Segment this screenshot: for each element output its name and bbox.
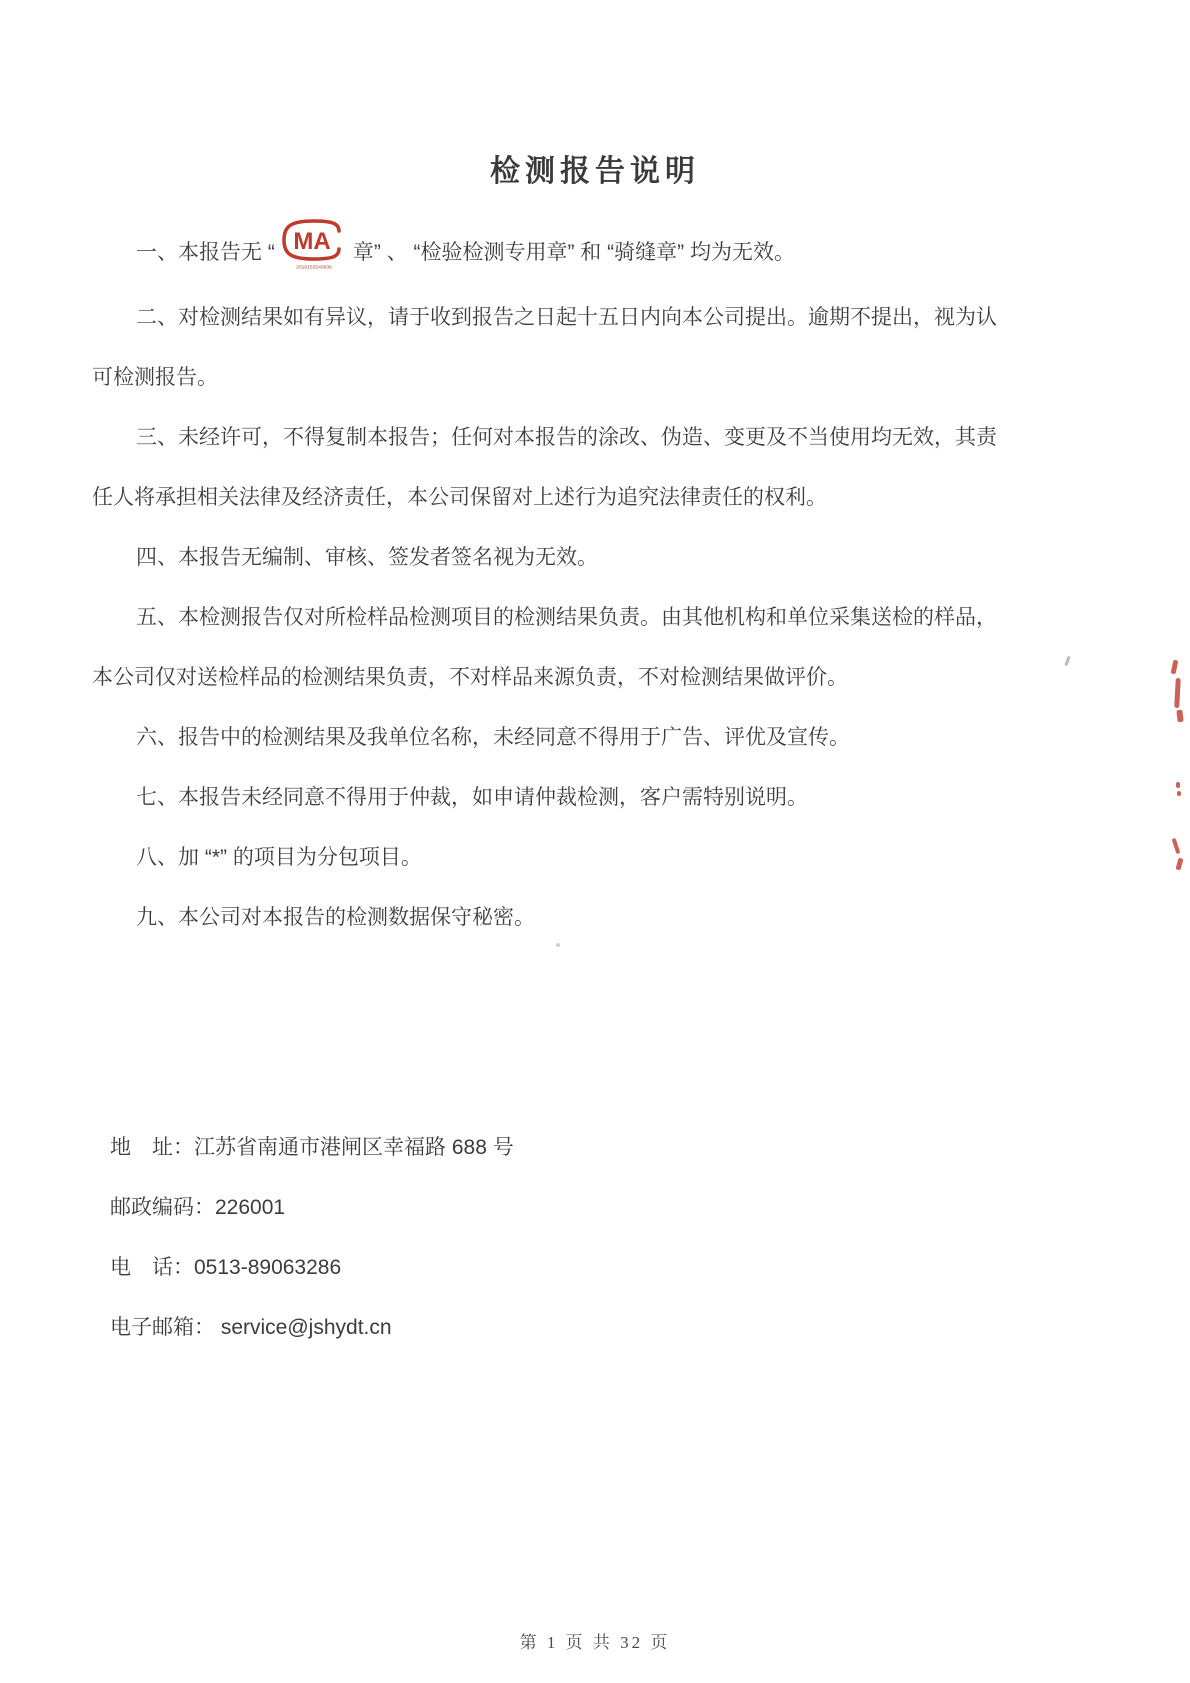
stamp-remnant-mark xyxy=(1176,710,1183,723)
document-page: 检测报告说明 一、本报告无 “MA2016152540936章” 、 “检验检测… xyxy=(0,0,1190,1683)
contact-email: 电子邮箱： service@jshydt.cn xyxy=(110,1298,514,1358)
contact-email-value: service@jshydt.cn xyxy=(215,1316,392,1339)
page-number: 第 1 页 共 32 页 xyxy=(0,1628,1190,1653)
contact-postcode-label: 邮政编码： xyxy=(110,1196,215,1219)
note-line: 五、本检测报告仅对所检样品检测项目的检测结果负责。由其他机构和单位采集送检的样品… xyxy=(92,588,1132,648)
stamp-remnant-mark xyxy=(1177,791,1181,796)
note-line: 二、对检测结果如有异议，请于收到报告之日起十五日内向本公司提出。逾期不提出，视为… xyxy=(92,288,1132,348)
note-line: 本公司仅对送检样品的检测结果负责，不对样品来源负责，不对检测结果做评价。 xyxy=(92,648,1132,708)
cma-cert-number: 2016152540936 xyxy=(292,265,335,270)
note-item-1-text-before: 一、本报告无 “ xyxy=(136,241,275,264)
cma-logo-icon: MA xyxy=(279,218,349,262)
note-line: 七、本报告未经同意不得用于仲裁，如申请仲裁检测，客户需特别说明。 xyxy=(92,768,1132,828)
contact-postcode-value: 226001 xyxy=(215,1196,285,1219)
note-line: 可检测报告。 xyxy=(92,348,1132,408)
contact-phone-value: 0513-89063286 xyxy=(194,1256,341,1279)
contact-address-label: 地 址： xyxy=(110,1136,194,1159)
stamp-remnant-mark xyxy=(1172,838,1181,854)
contact-phone: 电 话：0513-89063286 xyxy=(110,1238,514,1298)
stamp-remnant-mark xyxy=(1176,782,1180,788)
contact-address: 地 址：江苏省南通市港闸区幸福路 688 号 xyxy=(110,1118,514,1178)
page-title: 检测报告说明 xyxy=(0,146,1190,190)
contact-postcode: 邮政编码：226001 xyxy=(110,1178,514,1238)
note-item-1: 一、本报告无 “MA2016152540936章” 、 “检验检测专用章” 和 … xyxy=(92,218,1132,288)
note-item-1-text-after: 章” 、 “检验检测专用章” 和 “骑缝章” 均为无效。 xyxy=(353,241,795,264)
note-line: 六、报告中的检测结果及我单位名称，未经同意不得用于广告、评优及宣传。 xyxy=(92,708,1132,768)
note-line: 任人将承担相关法律及经济责任，本公司保留对上述行为追究法律责任的权利。 xyxy=(92,468,1132,528)
contact-block: 地 址：江苏省南通市港闸区幸福路 688 号 邮政编码：226001 电 话：0… xyxy=(110,1118,514,1358)
note-line: 九、本公司对本报告的检测数据保守秘密。 xyxy=(92,888,1132,948)
contact-address-value: 江苏省南通市港闸区幸福路 688 号 xyxy=(194,1136,514,1159)
stamp-remnant-mark xyxy=(1176,858,1184,871)
contact-email-label: 电子邮箱： xyxy=(110,1316,215,1339)
stamp-remnant-mark xyxy=(1174,678,1181,708)
note-line: 三、未经许可，不得复制本报告；任何对本报告的涂改、伪造、变更及不当使用均无效，其… xyxy=(92,408,1132,468)
stamp-remnant-mark xyxy=(1171,660,1179,675)
contact-phone-label: 电 话： xyxy=(110,1256,194,1279)
note-line: 四、本报告无编制、审核、签发者签名视为无效。 xyxy=(92,528,1132,588)
cma-letters: MA xyxy=(293,228,330,255)
notes-list: 一、本报告无 “MA2016152540936章” 、 “检验检测专用章” 和 … xyxy=(92,218,1132,948)
scan-speck xyxy=(556,943,560,947)
note-line: 八、加 “*” 的项目为分包项目。 xyxy=(92,828,1132,888)
cma-stamp-icon: MA2016152540936 xyxy=(279,218,349,273)
